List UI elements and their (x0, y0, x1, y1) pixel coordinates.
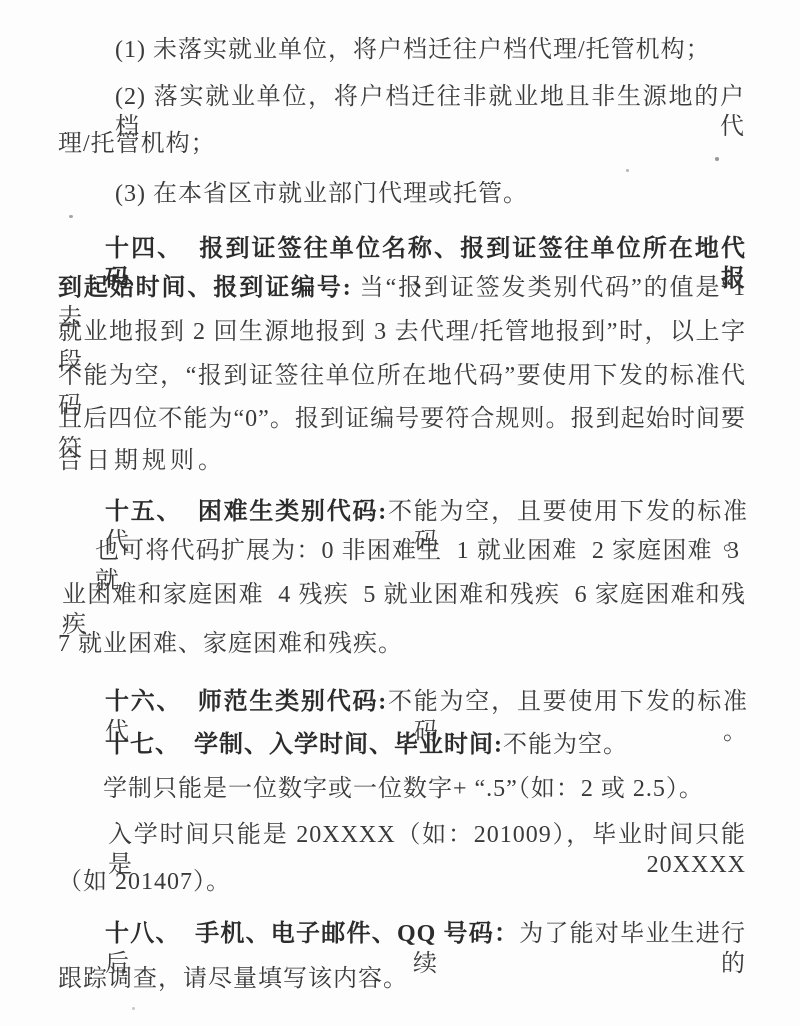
text-segment: 学制只能是一位数字或一位数字+ “.5”（如：2 或 2.5）。 (103, 776, 704, 802)
text-segment: 十七、 学制、入学时间、毕业时间: (105, 732, 503, 758)
clause-14-line-6: 合日期规则。 (58, 446, 226, 476)
text-segment: (3) 在本省区市就业部门代理或托管。 (115, 181, 528, 207)
clause-17-line-4: （如 201407）。 (58, 867, 231, 897)
text-segment: 理/托管机构； (58, 131, 216, 157)
scan-speck (69, 215, 73, 218)
scanned-document-page: (1) 未落实就业单位，将户档迁往户档代理/托管机构； (2) 落实就业单位，将… (0, 0, 800, 1026)
text-segment: （如 201407）。 (58, 869, 231, 895)
list-item-3: (3) 在本省区市就业部门代理或托管。 (115, 179, 528, 209)
text-segment: 十八、 手机、电子邮件、QQ 号码： (105, 921, 519, 947)
clause-17-line-2: 学制只能是一位数字或一位数字+ “.5”（如：2 或 2.5）。 (103, 774, 704, 804)
text-segment: 合日期规则。 (58, 448, 226, 474)
text-segment: 7 就业困难、家庭困难和残疾。 (58, 631, 403, 657)
list-item-2-line-2: 理/托管机构； (58, 129, 216, 159)
clause-18-line-2: 跟踪调查，请尽量填写该内容。 (58, 964, 408, 994)
clause-15-line-4: 7 就业困难、家庭困难和残疾。 (58, 629, 403, 659)
text-segment: 跟踪调查，请尽量填写该内容。 (58, 966, 408, 992)
text-segment: 十五、 困难生类别代码: (105, 499, 387, 525)
text-segment: 到起始时间、报到证编号: (58, 275, 352, 301)
scan-speck (132, 1007, 135, 1010)
clause-17-heading-line: 十七、 学制、入学时间、毕业时间:不能为空。 (105, 730, 628, 760)
text-segment: 不能为空。 (503, 732, 628, 758)
list-item-1: (1) 未落实就业单位，将户档迁往户档代理/托管机构； (115, 35, 711, 65)
text-segment: (1) 未落实就业单位，将户档迁往户档代理/托管机构； (115, 37, 711, 63)
text-segment: 十六、 师范生类别代码: (105, 689, 387, 715)
scan-speck (626, 169, 629, 172)
scan-speck (715, 157, 719, 161)
